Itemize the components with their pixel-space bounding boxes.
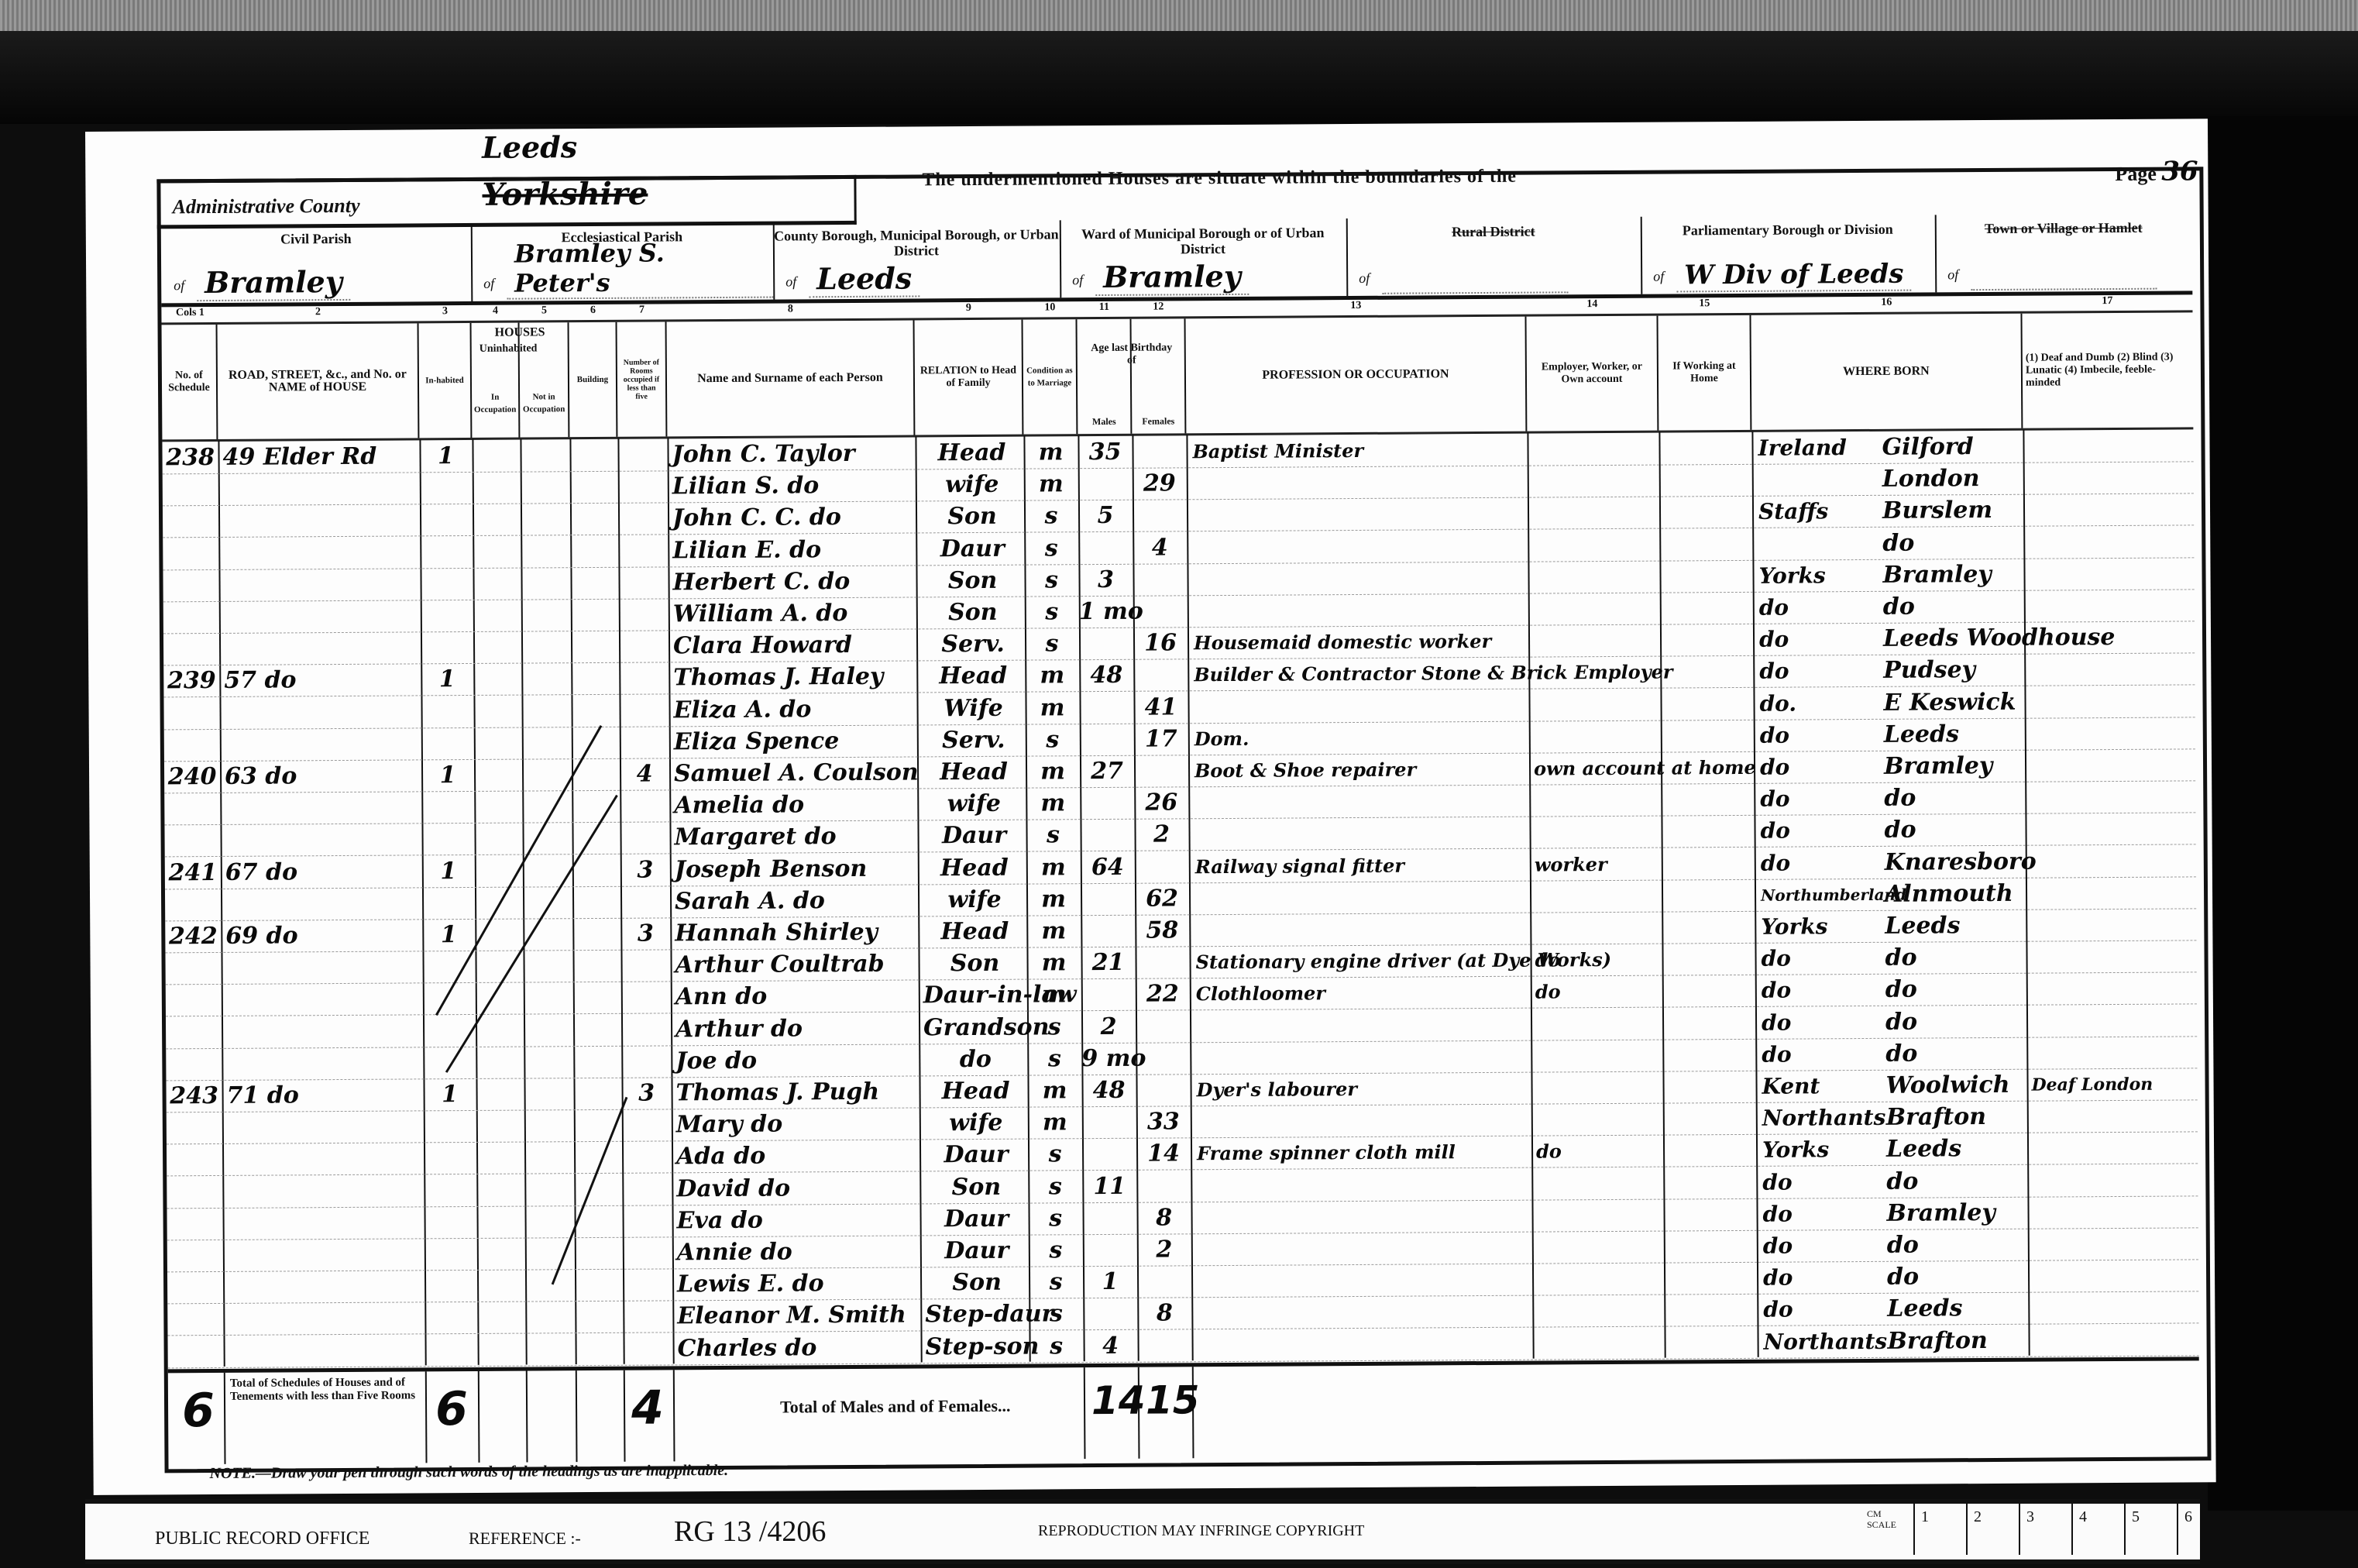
cell-born-place: do	[1885, 1037, 2025, 1070]
cell-female-age: 41	[1133, 690, 1188, 723]
col-number: 14	[1526, 298, 1658, 311]
cell-rooms	[617, 438, 667, 470]
cell-occupation	[1193, 560, 1526, 595]
cell-female-age	[1137, 1264, 1191, 1297]
cell-born-place: Bramley	[1884, 749, 2023, 782]
cell-inhabited: 1	[422, 918, 475, 951]
cell-inhabited	[425, 1237, 477, 1270]
admin-county-value: Leeds	[482, 129, 577, 165]
cell-born-place: Leeds	[1884, 717, 2023, 751]
cell-occupation	[1193, 497, 1526, 531]
cell-relation: Son	[925, 1266, 1029, 1299]
cell-born-place: do	[1887, 1260, 2026, 1293]
cell-male-age	[1078, 531, 1133, 563]
col-number: 15	[1658, 297, 1751, 311]
cell-condition: s	[1029, 1233, 1083, 1266]
cell-infirmity	[2029, 588, 2195, 621]
totals-row: 6 Total of Schedules of Houses and of Te…	[168, 1357, 2200, 1466]
cell-inhabited	[424, 1205, 476, 1238]
col-number: 11	[1077, 301, 1131, 314]
cell-rooms	[620, 725, 669, 758]
cell-schedule: 240	[164, 760, 220, 793]
cell-rooms	[622, 1109, 672, 1141]
cell-name: Joe do	[675, 1043, 919, 1077]
header-in-occupation: In Occupation	[472, 323, 521, 438]
cell-born-county: do	[1760, 813, 1876, 847]
total-females: 15	[1146, 1377, 1200, 1422]
cell-occupation	[1198, 1231, 1531, 1266]
cell-female-age: 26	[1134, 786, 1188, 819]
preamble-text: The undermentioned Houses are situate wi…	[922, 167, 1517, 191]
cell-occupation	[1195, 912, 1528, 947]
cell-condition: m	[1023, 435, 1078, 468]
cell-born-place: Bramley	[1882, 558, 2022, 591]
cell-infirmity	[2028, 461, 2194, 494]
cell-address	[225, 791, 421, 825]
col-number: 10	[1023, 301, 1077, 314]
col-number: 5	[519, 304, 569, 317]
cell-male-age	[1078, 467, 1133, 500]
cell-condition: m	[1027, 978, 1081, 1011]
admin-county-box: Administrative County Leeds Yorkshire	[156, 175, 856, 229]
cell-rooms	[623, 1268, 672, 1301]
header-schedule: No. of Schedule	[162, 325, 218, 439]
cell-born-place: Woolwich	[1885, 1068, 2025, 1102]
cell-address	[227, 1174, 424, 1208]
header-employment: Employer, Worker, or Own account	[1526, 316, 1659, 432]
cell-name: Lewis E. do	[677, 1267, 920, 1301]
cell-schedule: 239	[163, 664, 219, 696]
field-title: Rural District	[1346, 223, 1641, 240]
cell-rooms	[619, 597, 669, 630]
cell-name: Thomas J. Pugh	[675, 1075, 919, 1109]
cell-inhabited	[422, 950, 475, 982]
cell-born-place: Leeds	[1885, 909, 2024, 942]
total-males-females-label: Total of Males and of Females...	[780, 1399, 1010, 1414]
field-parliamentary-borough: Parliamentary Borough or Division of W D…	[1641, 215, 1937, 294]
cell-born-county: do.	[1759, 686, 1875, 719]
cell-female-age	[1133, 499, 1187, 531]
cell-employment	[1532, 559, 1659, 593]
cell-schedule	[164, 824, 220, 856]
cell-infirmity	[2033, 1226, 2198, 1260]
field-ecclesiastical-parish: Ecclesiastical Parish of Bramley S. Pete…	[471, 222, 775, 301]
cell-born-county	[1758, 462, 1875, 496]
cell-at-home	[1660, 655, 1753, 688]
cell-rooms: 4	[620, 757, 669, 789]
cell-at-home	[1663, 1133, 1756, 1167]
cell-name: Arthur do	[675, 1011, 919, 1045]
cell-at-home	[1660, 591, 1753, 624]
cell-employment	[1534, 783, 1661, 817]
cell-occupation	[1194, 593, 1527, 628]
cell-infirmity	[2030, 780, 2195, 813]
cell-relation: Head	[923, 851, 1026, 884]
cell-schedule	[164, 728, 220, 761]
cell-born-county: do	[1763, 1292, 1879, 1326]
field-value: Bramley	[1095, 259, 1249, 296]
cell-address: 63 do	[225, 758, 421, 793]
cell-relation: Grandson	[923, 1010, 1027, 1044]
cell-male-age: 21	[1081, 946, 1135, 978]
cell-address	[223, 535, 420, 569]
cell-name: Lilian S. do	[672, 469, 916, 503]
cell-male-age	[1080, 818, 1134, 851]
cell-inhabited: 1	[422, 854, 475, 887]
cell-inhabited	[422, 886, 475, 919]
cell-inhabited	[421, 599, 473, 631]
header-address: ROAD, STREET, &c., and No. or NAME of HO…	[218, 323, 420, 439]
of-label: of	[1653, 269, 1664, 285]
header-age-group: Age last Birthday of	[1088, 342, 1175, 367]
cell-female-age: 17	[1134, 722, 1188, 755]
cell-address	[225, 886, 422, 920]
field-county-borough: County Borough, Municipal Borough, or Ur…	[773, 220, 1062, 299]
cell-born-county: Yorks	[1761, 910, 1877, 943]
cell-rooms	[622, 1172, 672, 1205]
cell-born-county: do	[1763, 1260, 1879, 1294]
cell-address	[223, 567, 420, 601]
cell-relation: Head	[923, 1075, 1027, 1108]
cell-at-home	[1662, 879, 1755, 912]
cell-rooms	[619, 693, 669, 726]
cell-condition: s	[1028, 1138, 1082, 1171]
cell-inhabited	[421, 727, 474, 759]
cm-scale: CM SCALE 1 2 3 4 5 6	[1867, 1504, 2200, 1559]
cell-relation: wife	[923, 882, 1026, 916]
cell-at-home	[1662, 846, 1755, 879]
cell-employment	[1536, 1102, 1663, 1136]
cell-address	[225, 951, 422, 985]
cell-male-age	[1082, 1137, 1136, 1170]
cell-employment	[1536, 1198, 1663, 1231]
cell-name: Mary do	[676, 1107, 919, 1141]
col-number: 2	[217, 305, 418, 319]
cell-address: 67 do	[225, 854, 422, 889]
cell-relation: Daur-in-law	[923, 978, 1027, 1012]
cell-male-age	[1081, 882, 1135, 915]
cell-at-home	[1661, 751, 1754, 784]
cell-female-age	[1135, 945, 1189, 978]
cell-relation: Wife	[921, 691, 1025, 724]
cell-infirmity	[2032, 1099, 2198, 1133]
cell-female-age	[1135, 850, 1189, 882]
total-rooms: 4	[631, 1381, 664, 1435]
cell-infirmity	[2033, 1322, 2198, 1356]
cell-born-county: do	[1759, 654, 1875, 687]
cell-female-age: 29	[1133, 467, 1187, 500]
scale-tick: 3	[2019, 1504, 2034, 1555]
cell-relation: Son	[923, 947, 1026, 980]
cell-born-place: Brafton	[1887, 1323, 2026, 1357]
cell-relation: Head	[919, 436, 1023, 469]
cell-inhabited	[423, 982, 476, 1014]
cell-infirmity	[2030, 844, 2196, 877]
cell-address: 71 do	[226, 1078, 423, 1112]
field-value: Leeds	[809, 260, 919, 297]
cell-address	[226, 1014, 423, 1048]
scan-background	[0, 31, 2358, 124]
cell-name: Ann do	[675, 979, 919, 1013]
cell-born-county: do	[1761, 845, 1877, 879]
cell-condition: m	[1027, 1074, 1081, 1106]
cell-address	[226, 1046, 423, 1080]
cell-infirmity	[2030, 875, 2196, 909]
cell-address: 49 Elder Rd	[222, 439, 419, 473]
cell-at-home	[1663, 1102, 1756, 1135]
cell-occupation: Frame spinner cloth mill	[1197, 1135, 1530, 1170]
cell-employment	[1533, 592, 1660, 625]
cell-relation: Son	[921, 596, 1025, 629]
header-where-born: WHERE BORN	[1751, 314, 2023, 430]
field-value: Bramley S. Peter's	[507, 238, 773, 300]
cell-condition: m	[1026, 914, 1081, 947]
header-condition: Condition as to Marriage	[1023, 319, 1078, 434]
cell-schedule	[163, 600, 219, 633]
reference-value: RG 13 /4206	[674, 1515, 826, 1549]
cell-infirmity	[2028, 493, 2194, 526]
cell-female-age: 8	[1136, 1201, 1191, 1233]
cell-at-home	[1659, 559, 1752, 593]
cell-employment	[1537, 1262, 1664, 1295]
cell-at-home	[1659, 527, 1752, 560]
cell-born-place: London	[1882, 462, 2022, 495]
cell-inhabited	[423, 1014, 476, 1047]
cell-born-place: do	[1887, 1228, 2026, 1261]
cell-rooms	[623, 1332, 672, 1364]
cell-address	[224, 631, 421, 665]
cell-born-county: do	[1762, 1037, 1878, 1071]
cell-address	[228, 1333, 425, 1367]
cell-infirmity	[2030, 812, 2195, 845]
cell-born-county: Ireland	[1758, 431, 1874, 464]
cell-inhabited	[420, 535, 473, 568]
admin-county-label: Administrative County	[173, 194, 360, 218]
cell-female-age: 62	[1135, 882, 1189, 914]
cell-male-age	[1083, 1297, 1137, 1329]
cell-address	[228, 1270, 425, 1304]
header-rooms: Number of Rooms occupied if less than fi…	[617, 322, 668, 436]
scale-tick: 6	[2177, 1504, 2192, 1555]
cell-name: David do	[676, 1171, 919, 1205]
cell-schedule: 238	[162, 441, 218, 473]
cell-male-age	[1080, 723, 1134, 755]
scale-tick: 2	[1966, 1504, 1982, 1555]
col-number: 4	[471, 305, 519, 318]
cell-name: Hannah Shirley	[675, 915, 918, 949]
cell-male-age: 2	[1081, 1009, 1136, 1042]
cell-born-place: E Keswick	[1883, 685, 2023, 718]
cell-condition: s	[1026, 723, 1080, 755]
cell-name: Arthur Coultrab	[675, 947, 918, 982]
cell-male-age	[1083, 1233, 1137, 1266]
reference-label: REFERENCE :-	[469, 1528, 581, 1549]
header-at-home: If Working at Home	[1658, 315, 1751, 431]
cell-relation: Head	[923, 915, 1026, 948]
copyright-notice: REPRODUCTION MAY INFRINGE COPYRIGHT	[1038, 1522, 1364, 1540]
cell-condition: s	[1024, 500, 1078, 532]
cell-male-age	[1079, 690, 1133, 723]
location-fields: Civil Parish of Bramley Ecclesiastical P…	[161, 213, 2193, 307]
cell-born-county: Kent	[1762, 1069, 1878, 1102]
cell-male-age: 48	[1081, 1074, 1136, 1106]
cell-rooms	[618, 534, 668, 566]
cell-address	[225, 823, 421, 857]
cell-relation: Son	[920, 563, 1024, 597]
cell-female-age	[1133, 594, 1188, 627]
of-label: of	[1947, 266, 1958, 283]
cell-condition: s	[1026, 819, 1080, 851]
cell-occupation	[1196, 1039, 1529, 1074]
header-females: Females	[1132, 318, 1187, 433]
cell-rooms: 3	[621, 1076, 671, 1109]
cell-male-age: 35	[1078, 435, 1132, 468]
cell-inhabited: 1	[419, 439, 472, 472]
cell-infirmity	[2028, 524, 2194, 558]
cell-name: Eleanor M. Smith	[677, 1298, 920, 1332]
cell-occupation: Stationary engine driver (at Dye Works)	[1195, 944, 1528, 978]
cell-inhabited	[420, 567, 473, 600]
field-civil-parish: Civil Parish of Bramley	[161, 224, 473, 303]
cell-inhabited	[425, 1269, 477, 1302]
of-label: of	[1072, 272, 1083, 288]
cell-condition: s	[1024, 563, 1078, 596]
cell-employment	[1535, 911, 1662, 944]
cell-schedule: 243	[166, 1079, 222, 1112]
cell-rooms	[621, 981, 671, 1013]
scale-tick: 1	[1913, 1504, 1929, 1555]
cell-born-place: do	[1884, 813, 2023, 846]
cell-condition: m	[1024, 467, 1078, 500]
cell-infirmity	[2030, 748, 2195, 781]
cell-relation: Daur	[925, 1234, 1029, 1267]
cell-at-home	[1659, 463, 1752, 497]
header-relation: RELATION to Head of Family	[915, 320, 1024, 435]
cell-relation: Daur	[924, 1202, 1028, 1235]
cell-male-age	[1079, 627, 1133, 659]
cell-name: Margaret do	[674, 820, 917, 854]
header-name: Name and Surname of each Person	[667, 320, 916, 436]
cell-inhabited	[423, 1046, 476, 1078]
cell-schedule	[167, 1335, 223, 1367]
field-title: Ward of Municipal Borough or of Urban Di…	[1060, 225, 1346, 257]
cell-address	[224, 695, 421, 729]
cell-occupation: Railway signal fitter	[1195, 848, 1528, 882]
cell-born-county: do	[1760, 718, 1876, 751]
cell-at-home	[1661, 814, 1754, 848]
cell-born-county: do	[1762, 973, 1878, 1006]
cell-born-place: do	[1882, 525, 2022, 559]
col-number: 6	[569, 304, 617, 317]
cell-employment	[1534, 719, 1661, 752]
cell-infirmity	[2030, 940, 2196, 973]
cell-male-age	[1081, 978, 1136, 1010]
cell-female-age: 4	[1133, 531, 1187, 563]
cell-born-county: do	[1760, 782, 1876, 815]
cell-condition: m	[1025, 659, 1079, 692]
cell-name: Eliza Spence	[674, 724, 917, 758]
cell-infirmity	[2029, 621, 2195, 654]
cell-relation: Daur	[924, 1138, 1028, 1171]
cell-employment	[1535, 1038, 1662, 1071]
cell-occupation	[1193, 528, 1526, 563]
cell-address	[228, 1302, 425, 1336]
cell-at-home	[1662, 1006, 1755, 1039]
field-ward: Ward of Municipal Borough or of Urban Di…	[1060, 218, 1349, 297]
cell-born-county: do	[1762, 1164, 1878, 1198]
cell-employment: do	[1536, 1134, 1663, 1167]
cell-inhabited: 1	[423, 1078, 476, 1110]
cell-occupation	[1198, 1326, 1531, 1361]
column-headers: No. of Schedule ROAD, STREET, &c., and N…	[162, 312, 2194, 442]
cell-infirmity	[2032, 1195, 2198, 1228]
col-number: 8	[666, 302, 914, 316]
cell-born-place: Brafton	[1886, 1100, 2026, 1133]
cell-male-age	[1082, 1106, 1136, 1138]
cell-born-county: Staffs	[1758, 494, 1875, 528]
cell-infirmity	[2031, 971, 2197, 1005]
cell-employment	[1533, 655, 1660, 689]
cell-female-age	[1137, 1329, 1191, 1361]
of-label: of	[1359, 270, 1370, 287]
cell-born-place: Knaresboro	[1885, 844, 2024, 878]
cell-infirmity	[2031, 1003, 2197, 1037]
cell-occupation: Clothloomer	[1196, 975, 1529, 1010]
cell-condition: s	[1024, 531, 1078, 564]
cell-inhabited	[421, 822, 474, 854]
cell-schedule	[163, 473, 218, 505]
header-occupation: PROFESSION OR OCCUPATION	[1186, 317, 1528, 434]
cell-occupation	[1195, 879, 1528, 914]
cell-condition: m	[1026, 882, 1081, 915]
cell-born-place: Gilford	[1882, 430, 2021, 463]
cell-schedule	[165, 888, 221, 920]
cell-male-age: 3	[1078, 563, 1133, 596]
cell-schedule	[167, 1207, 222, 1240]
cell-employment	[1535, 1006, 1662, 1040]
cell-at-home	[1659, 432, 1751, 465]
cell-employment	[1536, 1166, 1663, 1199]
cell-male-age: 5	[1078, 499, 1133, 531]
cell-employment	[1537, 1294, 1664, 1327]
cell-schedule: 241	[165, 856, 221, 889]
cell-at-home	[1664, 1325, 1757, 1358]
cell-at-home	[1662, 942, 1755, 975]
col-number: 13	[1185, 299, 1526, 314]
cell-relation: Serv.	[921, 628, 1025, 661]
cell-at-home	[1664, 1293, 1757, 1326]
cell-condition: s	[1029, 1329, 1083, 1362]
scale-label: CM SCALE	[1867, 1508, 1898, 1530]
cell-name: Amelia do	[674, 788, 917, 822]
cell-inhabited: 1	[421, 662, 473, 695]
census-page: Administrative County Leeds Yorkshire Th…	[85, 119, 2216, 1495]
cell-born-place: do	[1885, 1004, 2025, 1037]
cell-schedule	[166, 983, 222, 1016]
cell-inhabited	[421, 631, 473, 663]
col-number: 12	[1131, 301, 1185, 313]
field-title: County Borough, Municipal Borough, or Ur…	[773, 226, 1060, 259]
field-title: Parliamentary Borough or Division	[1641, 221, 1935, 238]
cell-rooms	[621, 1013, 671, 1045]
cell-address	[225, 727, 421, 761]
cell-occupation	[1193, 465, 1526, 500]
cell-occupation	[1194, 784, 1528, 819]
cell-employment: own account at home	[1534, 751, 1661, 785]
cell-rooms	[618, 566, 668, 598]
cell-male-age: 1	[1083, 1265, 1137, 1298]
cell-name: Herbert C. do	[672, 564, 916, 598]
